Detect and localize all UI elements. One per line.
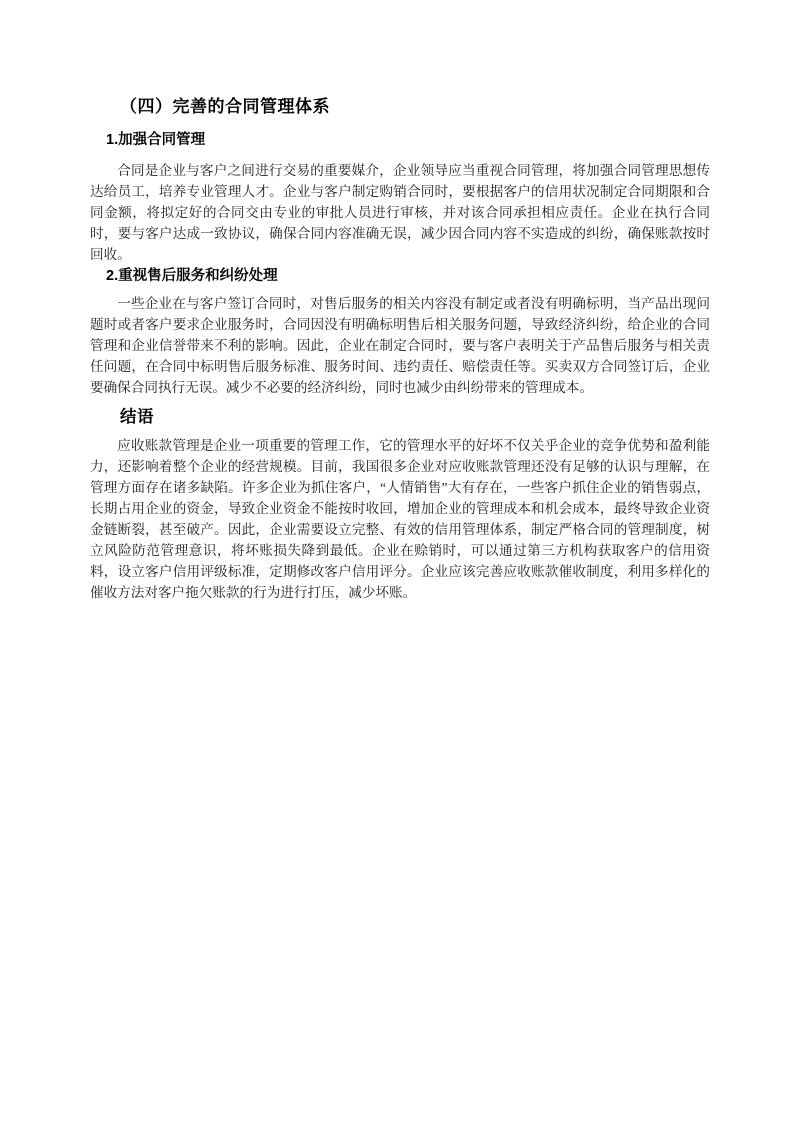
- conclusion-heading: 结语: [120, 407, 710, 428]
- subsection-2-heading: 2.重视售后服务和纠纷处理: [106, 267, 710, 286]
- subsection-1-heading: 1.加强合同管理: [106, 131, 710, 150]
- document-page: （四）完善的合同管理体系 1.加强合同管理 合同是企业与客户之间进行交易的重要媒…: [0, 0, 793, 1122]
- section-heading: （四）完善的合同管理体系: [120, 96, 710, 118]
- conclusion-paragraph: 应收账款管理是企业一项重要的管理工作，它的管理水平的好坏不仅关乎企业的竞争优势和…: [90, 435, 710, 603]
- subsection-1-paragraph: 合同是企业与客户之间进行交易的重要媒介，企业领导应当重视合同管理，将加强合同管理…: [90, 160, 710, 265]
- subsection-2-paragraph: 一些企业在与客户签订合同时，对售后服务的相关内容没有制定或者没有明确标明，当产品…: [90, 293, 710, 398]
